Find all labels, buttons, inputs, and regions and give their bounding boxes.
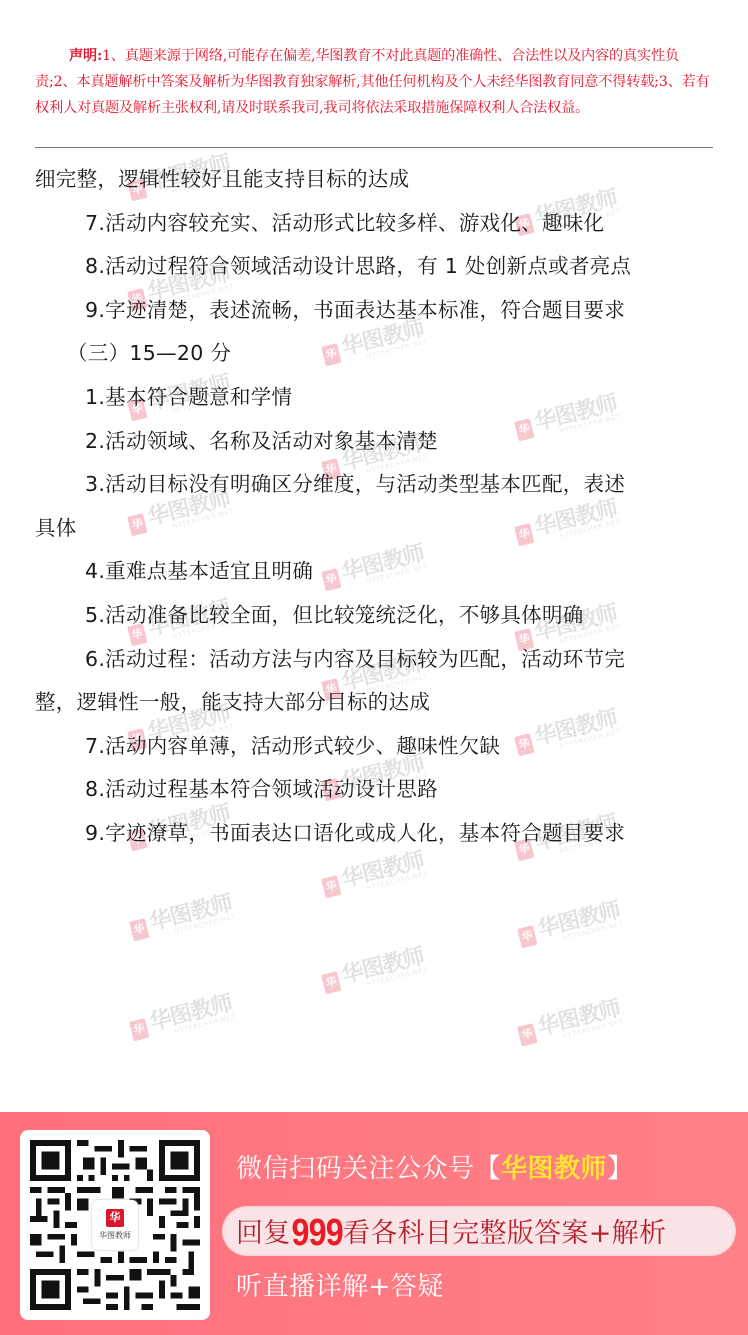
promo-follow-text: 微信扫码关注公众号【华图教师】 (236, 1148, 634, 1185)
criteria-line: 1.基本符合题意和学情 (35, 376, 715, 420)
promo-live-text: 听直播详解+答疑 (236, 1266, 444, 1303)
watermark: 华华图教师HTTEACHER.NET (128, 993, 236, 1046)
reply-code: 999 (291, 1212, 342, 1255)
criteria-line: 7.活动内容较充实、活动形式比较多样、游戏化、趣味化 (35, 202, 715, 246)
criteria-line: 9.字迹清楚，表述流畅，书面表达基本标准，符合题目要求 (35, 289, 715, 333)
criteria-line: 8.活动过程基本符合领域活动设计思路 (35, 768, 715, 812)
header-divider (35, 147, 713, 148)
watermark: 华华图教师HTTEACHER.NET (516, 900, 624, 953)
watermark: 华华图教师HTTEACHER.NET (516, 998, 624, 1051)
criteria-line: 9.字迹潦草，书面表达口语化或成人化，基本符合题目要求 (35, 812, 715, 856)
criteria-line: 5.活动准备比较全面，但比较笼统泛化，不够具体明确 (35, 594, 715, 638)
promo-reply-text: 回复999看各科目完整版答案+解析 (236, 1211, 666, 1255)
watermark-logo-icon: 华 (129, 1018, 149, 1041)
watermark-logo-icon: 华 (517, 1023, 537, 1046)
criteria-line: 具体 (35, 507, 715, 551)
watermark: 华华图教师HTTEACHER.NET (320, 946, 428, 999)
brand-logo-icon: 华 (106, 1209, 124, 1227)
criteria-line: 3.活动目标没有明确区分维度，与活动类型基本匹配，表述 (35, 463, 715, 507)
watermark-logo-icon: 华 (517, 925, 537, 948)
criteria-line: 2.活动领域、名称及活动对象基本清楚 (35, 420, 715, 464)
watermark-logo-icon: 华 (321, 971, 341, 994)
scoring-criteria: 细完整，逻辑性较好且能支持目标的达成 7.活动内容较充实、活动形式比较多样、游戏… (35, 158, 715, 856)
watermark: 华华图教师HTTEACHER.NET (320, 850, 428, 903)
promo-banner: 华 华图教师 微信扫码关注公众号【华图教师】 回复999看各科目完整版答案+解析… (0, 1112, 748, 1335)
criteria-line: 7.活动内容单薄，活动形式较少、趣味性欠缺 (35, 725, 715, 769)
watermark-logo-icon: 华 (129, 918, 149, 941)
disclaimer-body: 1、真题来源于网络,可能存在偏差,华图教育不对此真题的准确性、合法性以及内容的真… (35, 48, 710, 116)
criteria-line: 整，逻辑性一般，能支持大部分目标的达成 (35, 681, 715, 725)
watermark-logo-icon: 华 (321, 875, 341, 898)
watermark: 华华图教师HTTEACHER.NET (128, 893, 236, 946)
criteria-line: 细完整，逻辑性较好且能支持目标的达成 (35, 158, 715, 202)
criteria-line: 4.重难点基本适宜且明确 (35, 550, 715, 594)
disclaimer-lead: 声明: (69, 48, 102, 64)
disclaimer: 声明:1、真题来源于网络,可能存在偏差,华图教育不对此真题的准确性、合法性以及内… (35, 43, 713, 121)
criteria-line: 6.活动过程：活动方法与内容及目标较为匹配，活动环节完 (35, 638, 715, 682)
section-heading: （三）15—20 分 (35, 332, 715, 376)
promo-reply-pill: 回复999看各科目完整版答案+解析 (222, 1206, 736, 1256)
qr-center-logo: 华 华图教师 (92, 1200, 138, 1250)
brand-name: 华图教师 (501, 1154, 607, 1184)
qr-code-card[interactable]: 华 华图教师 (20, 1130, 210, 1320)
criteria-line: 8.活动过程符合领域活动设计思路，有 1 处创新点或者亮点 (35, 245, 715, 289)
qr-logo-name: 华图教师 (99, 1230, 131, 1241)
